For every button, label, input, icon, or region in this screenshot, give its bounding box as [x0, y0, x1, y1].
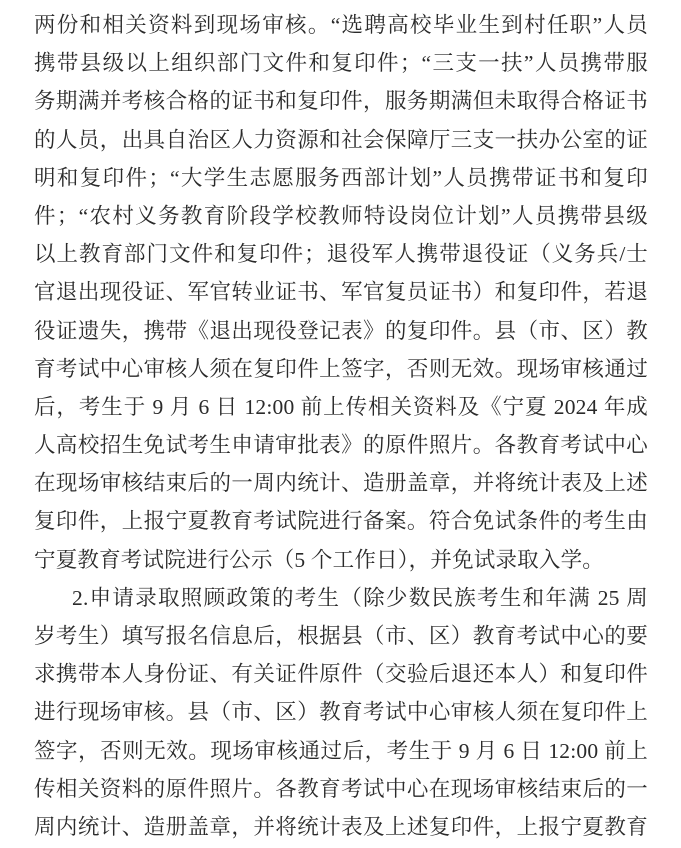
- text-line: 求携带本人身份证、有关证件原件（交验后退还本人）和复印件: [34, 655, 648, 693]
- text-line: 携带县级以上组织部门文件和复印件；“三支一扶”人员携带服: [34, 44, 648, 82]
- text-line: 官退出现役证、军官转业证书、军官复员证书）和复印件，若退: [34, 273, 648, 311]
- text-line: 传相关资料的原件照片。各教育考试中心在现场审核结束后的一: [34, 770, 648, 808]
- text-line: 的人员，出具自治区人力资源和社会保障厅三支一扶办公室的证: [34, 121, 648, 159]
- text-line: 件；“农村义务教育阶段学校教师特设岗位计划”人员携带县级: [34, 197, 648, 235]
- text-line: 后，考生于 9 月 6 日 12:00 前上传相关资料及《宁夏 2024 年成: [34, 388, 648, 426]
- text-line: 岁考生）填写报名信息后，根据县（市、区）教育考试中心的要: [34, 617, 648, 655]
- text-line: 役证遗失，携带《退出现役登记表》的复印件。县（市、区）教: [34, 312, 648, 350]
- text-line: 复印件，上报宁夏教育考试院进行备案。符合免试条件的考生由: [34, 502, 648, 540]
- text-line: 人高校招生免试考生申请审批表》的原件照片。各教育考试中心: [34, 426, 648, 464]
- text-line: 签字，否则无效。现场审核通过后，考生于 9 月 6 日 12:00 前上: [34, 732, 648, 770]
- text-line: 务期满并考核合格的证书和复印件，服务期满但未取得合格证书: [34, 82, 648, 120]
- text-line: 进行现场审核。县（市、区）教育考试中心审核人须在复印件上: [34, 693, 648, 731]
- document-body: 两份和相关资料到现场审核。“选聘高校毕业生到村任职”人员携带县级以上组织部门文件…: [0, 0, 681, 846]
- text-line: 育考试中心审核人须在复印件上签字，否则无效。现场审核通过: [34, 350, 648, 388]
- text-line: 宁夏教育考试院进行公示（5 个工作日），并免试录取入学。: [34, 541, 648, 579]
- document-page: 两份和相关资料到现场审核。“选聘高校毕业生到村任职”人员携带县级以上组织部门文件…: [0, 0, 681, 848]
- text-line: 周内统计、造册盖章，并将统计表及上述复印件，上报宁夏教育: [34, 808, 648, 846]
- text-line: 在现场审核结束后的一周内统计、造册盖章，并将统计表及上述: [34, 464, 648, 502]
- text-line: 两份和相关资料到现场审核。“选聘高校毕业生到村任职”人员: [34, 6, 648, 44]
- text-line: 2.申请录取照顾政策的考生（除少数民族考生和年满 25 周: [34, 579, 648, 617]
- text-line: 明和复印件；“大学生志愿服务西部计划”人员携带证书和复印: [34, 159, 648, 197]
- text-line: 以上教育部门文件和复印件；退役军人携带退役证（义务兵/士: [34, 235, 648, 273]
